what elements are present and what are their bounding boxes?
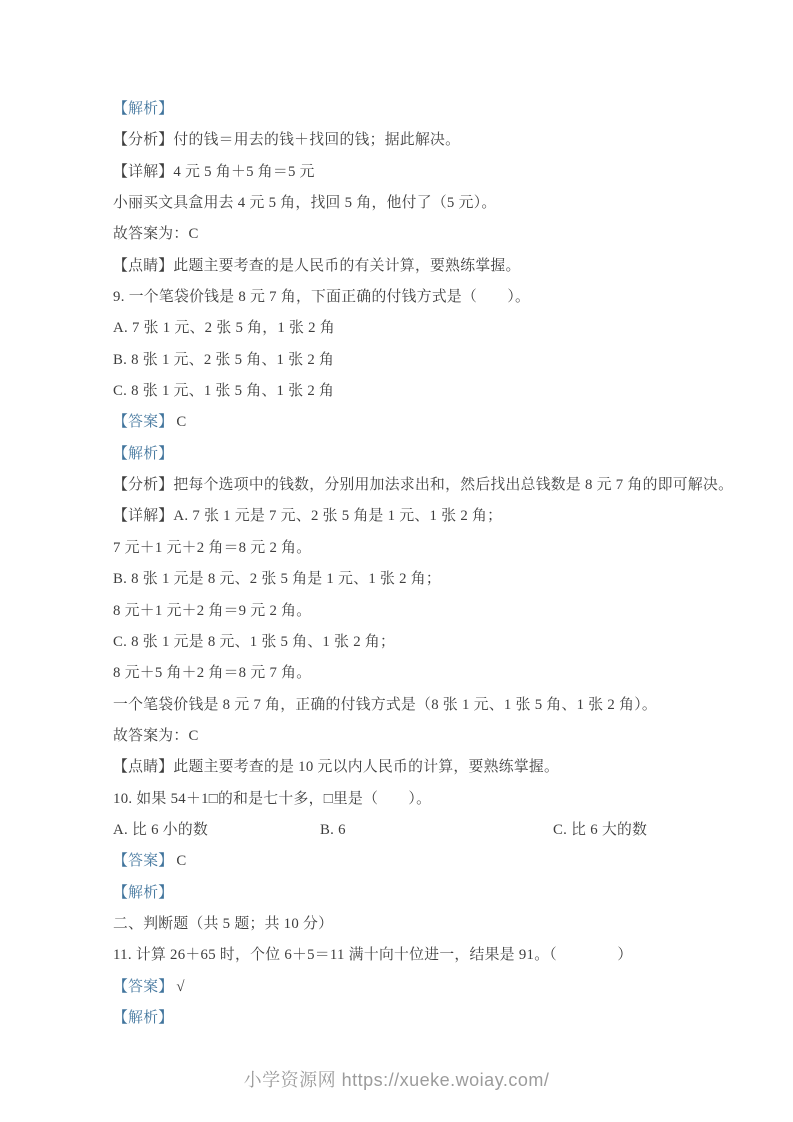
footer-site-link[interactable]: 小学资源网 https://xueke.woiay.com/: [244, 1070, 550, 1090]
q8-conclusion-text: 故答案为：C: [113, 219, 783, 250]
line-text: 【分析】付的钱＝用去的钱＋找回的钱；据此解决。: [113, 132, 460, 148]
line-text: C. 8 张 1 元、1 张 5 角、1 张 2 角: [113, 383, 334, 399]
line-text: A. 7 张 1 元、2 张 5 角，1 张 2 角: [113, 320, 335, 336]
worksheet-page: 【解析】【分析】付的钱＝用去的钱＋找回的钱；据此解决。【详解】4 元 5 角＋5…: [0, 0, 793, 1122]
q10-options-row-option-b: B. 6: [320, 815, 346, 846]
line-text: 【详解】4 元 5 角＋5 角＝5 元: [113, 164, 315, 180]
bracket-tag: 【解析】: [113, 1010, 173, 1026]
document-body: 【解析】【分析】付的钱＝用去的钱＋找回的钱；据此解决。【详解】4 元 5 角＋5…: [113, 94, 783, 1034]
site-footer: 小学资源网 https://xueke.woiay.com/: [0, 1068, 793, 1092]
q9-detail-a-text: 【详解】A. 7 张 1 元是 7 元、2 张 5 角是 1 元、1 张 2 角…: [113, 501, 783, 532]
q9-option-c: C. 8 张 1 元、1 张 5 角、1 张 2 角: [113, 376, 783, 407]
line-text: 9. 一个笔袋价钱是 8 元 7 角，下面正确的付钱方式是（ ）。: [113, 289, 530, 305]
analysis-tag-line: 【解析】: [113, 439, 783, 470]
q11-answer-line: 【答案】√: [113, 972, 783, 1003]
q9-detail-c-text: C. 8 张 1 元是 8 元、1 张 5 角、1 张 2 角；: [113, 627, 783, 658]
q8-detail-text: 【详解】4 元 5 角＋5 角＝5 元: [113, 157, 783, 188]
line-text: 8 元＋5 角＋2 角＝8 元 7 角。: [113, 665, 311, 681]
q9-calc-b-text: 8 元＋1 元＋2 角＝9 元 2 角。: [113, 596, 783, 627]
line-text: √: [176, 979, 184, 995]
q9-calc-a-text: 7 元＋1 元＋2 角＝8 元 2 角。: [113, 533, 783, 564]
line-text: 7 元＋1 元＋2 角＝8 元 2 角。: [113, 540, 311, 556]
line-text: 【分析】把每个选项中的钱数，分别用加法求出和，然后找出总钱数是 8 元 7 角的…: [113, 477, 733, 493]
bracket-tag: 【解析】: [113, 446, 173, 462]
line-text: C: [176, 853, 186, 869]
line-text: C. 8 张 1 元是 8 元、1 张 5 角、1 张 2 角；: [113, 634, 395, 650]
analysis-tag-line: 【解析】: [113, 878, 783, 909]
line-text: 11. 计算 26＋65 时，个位 6＋5＝11 满十向十位进一，结果是 91。…: [113, 947, 633, 963]
q10-options-row: A. 比 6 小的数B. 6C. 比 6 大的数: [113, 815, 783, 846]
q8-tip-text: 【点睛】此题主要考查的是人民币的有关计算，要熟练掌握。: [113, 251, 783, 282]
line-text: B. 8 张 1 元是 8 元、2 张 5 角是 1 元、1 张 2 角；: [113, 571, 441, 587]
section-2-header: 二、判断题（共 5 题；共 10 分）: [113, 909, 783, 940]
q9-detail-b-text: B. 8 张 1 元是 8 元、2 张 5 角是 1 元、1 张 2 角；: [113, 564, 783, 595]
line-text: 故答案为：C: [113, 226, 199, 242]
q9-answer-line: 【答案】C: [113, 407, 783, 438]
line-text: 小丽买文具盒用去 4 元 5 角，找回 5 角，他付了（5 元）。: [113, 195, 497, 211]
bracket-tag: 【答案】: [113, 414, 173, 430]
line-text: 一个笔袋价钱是 8 元 7 角，正确的付钱方式是（8 张 1 元、1 张 5 角…: [113, 697, 657, 713]
q8-analysis-text: 【分析】付的钱＝用去的钱＋找回的钱；据此解决。: [113, 125, 783, 156]
q9-explain-text: 一个笔袋价钱是 8 元 7 角，正确的付钱方式是（8 张 1 元、1 张 5 角…: [113, 690, 783, 721]
q9-option-a: A. 7 张 1 元、2 张 5 角，1 张 2 角: [113, 313, 783, 344]
bracket-tag: 【答案】: [113, 853, 173, 869]
q9-calc-c-text: 8 元＋5 角＋2 角＝8 元 7 角。: [113, 658, 783, 689]
line-text: 【点睛】此题主要考查的是人民币的有关计算，要熟练掌握。: [113, 258, 521, 274]
q9-conclusion-text: 故答案为：C: [113, 721, 783, 752]
q10-options-row-option-c: C. 比 6 大的数: [553, 815, 647, 846]
bracket-tag: 【答案】: [113, 979, 173, 995]
line-text: 10. 如果 54＋1□的和是七十多，□里是（ ）。: [113, 791, 431, 807]
question-10: 10. 如果 54＋1□的和是七十多，□里是（ ）。: [113, 784, 783, 815]
line-text: 二、判断题（共 5 题；共 10 分）: [113, 916, 333, 932]
line-text: B. 8 张 1 元、2 张 5 角、1 张 2 角: [113, 352, 334, 368]
line-text: 8 元＋1 元＋2 角＝9 元 2 角。: [113, 603, 311, 619]
analysis-tag-line: 【解析】: [113, 94, 783, 125]
question-9: 9. 一个笔袋价钱是 8 元 7 角，下面正确的付钱方式是（ ）。: [113, 282, 783, 313]
q9-tip-text: 【点睛】此题主要考查的是 10 元以内人民币的计算，要熟练掌握。: [113, 752, 783, 783]
q10-answer-line: 【答案】C: [113, 846, 783, 877]
bracket-tag: 【解析】: [113, 885, 173, 901]
line-text: 【点睛】此题主要考查的是 10 元以内人民币的计算，要熟练掌握。: [113, 759, 559, 775]
analysis-tag-line: 【解析】: [113, 1003, 783, 1034]
q10-options-row-option-a: A. 比 6 小的数: [113, 815, 208, 846]
q9-option-b: B. 8 张 1 元、2 张 5 角、1 张 2 角: [113, 345, 783, 376]
bracket-tag: 【解析】: [113, 101, 173, 117]
q8-explain-text: 小丽买文具盒用去 4 元 5 角，找回 5 角，他付了（5 元）。: [113, 188, 783, 219]
line-text: 故答案为：C: [113, 728, 199, 744]
q9-analysis-text: 【分析】把每个选项中的钱数，分别用加法求出和，然后找出总钱数是 8 元 7 角的…: [113, 470, 783, 501]
question-11: 11. 计算 26＋65 时，个位 6＋5＝11 满十向十位进一，结果是 91。…: [113, 940, 783, 971]
line-text: 【详解】A. 7 张 1 元是 7 元、2 张 5 角是 1 元、1 张 2 角…: [113, 508, 502, 524]
line-text: C: [176, 414, 186, 430]
